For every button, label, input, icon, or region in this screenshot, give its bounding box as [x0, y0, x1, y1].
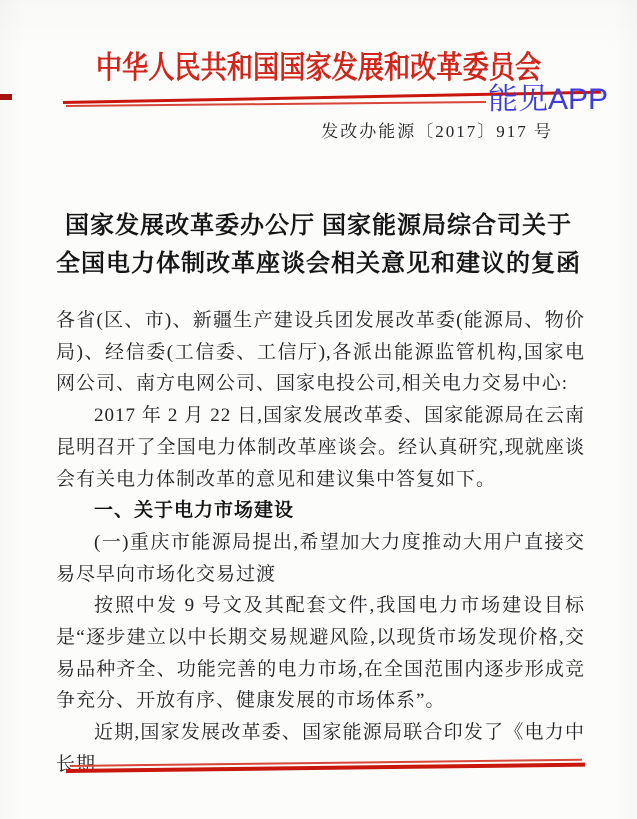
document-reference-number: 发改办能源〔2017〕917 号 — [321, 122, 553, 142]
left-edge-red-mark — [0, 94, 12, 100]
document-body: 各省(区、市)、新疆生产建设兵团发展改革委(能源局、物价局)、经信委(工信委、工… — [56, 305, 585, 781]
item-1-heading: (一)重庆市能源局提出,希望加大力度推动大用户直接交易尽早向市场化交易过渡 — [56, 527, 585, 590]
document-title-line2: 全国电力体制改革座谈会相关意见和建议的复函 — [0, 245, 637, 283]
document-title-line1: 国家发展改革委办公厅 国家能源局综合司关于 — [0, 207, 637, 245]
item-1-paragraph: 按照中发 9 号文及其配套文件,我国电力市场建设目标是“逐步建立以中长期交易规避… — [56, 590, 585, 717]
document-title: 国家发展改革委办公厅 国家能源局综合司关于 全国电力体制改革座谈会相关意见和建议… — [0, 207, 637, 283]
app-watermark: 能见APP — [488, 84, 608, 116]
salutation-paragraph: 各省(区、市)、新疆生产建设兵团发展改革委(能源局、物价局)、经信委(工信委、工… — [56, 305, 585, 400]
issuing-agency-header: 中华人民共和国国家发展和改革委员会 — [0, 50, 637, 86]
issuing-agency-name: 中华人民共和国国家发展和改革委员会 — [96, 50, 541, 86]
intro-paragraph: 2017 年 2 月 22 日,国家发展改革委、国家能源局在云南昆明召开了全国电… — [56, 400, 585, 495]
scanned-document-page: 中华人民共和国国家发展和改革委员会 能见APP 发改办能源〔2017〕917 号… — [0, 0, 637, 819]
section-1-heading: 一、关于电力市场建设 — [56, 495, 585, 527]
